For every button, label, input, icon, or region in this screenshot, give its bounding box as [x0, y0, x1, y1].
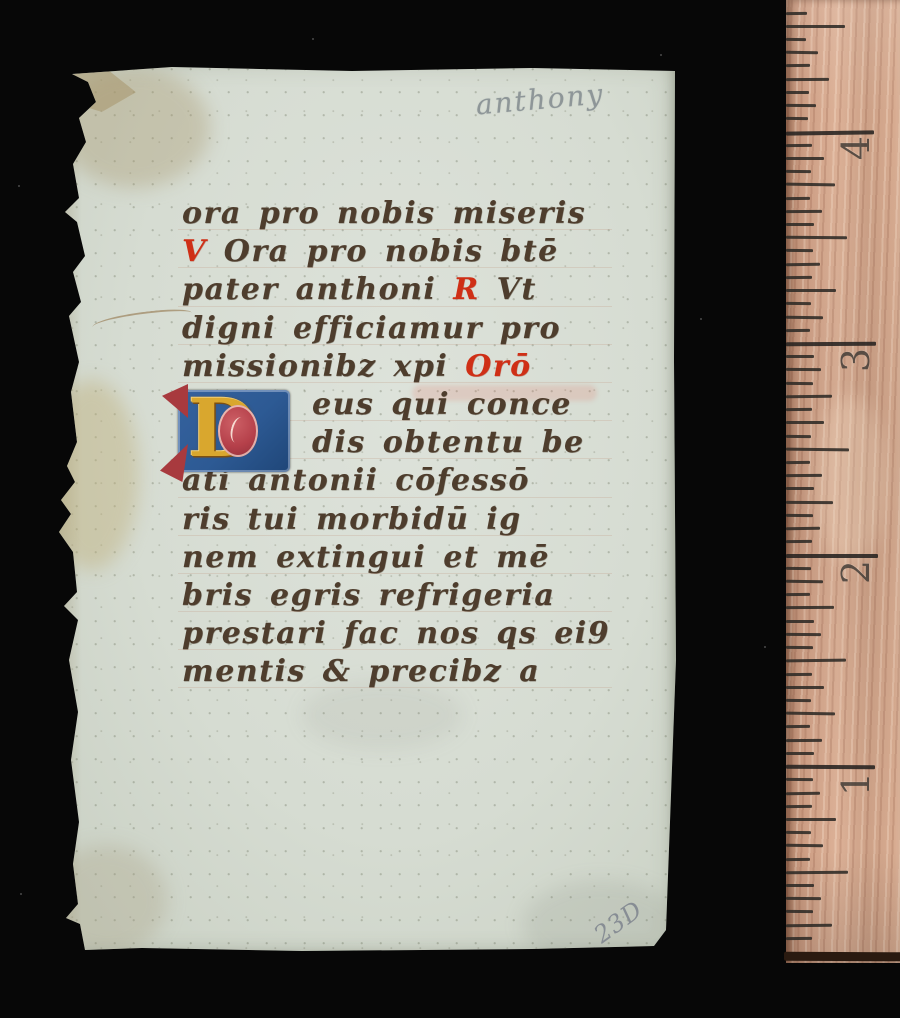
manuscript-segment: bris egris refrigeria	[182, 578, 555, 613]
manuscript-segment: Vt	[480, 272, 537, 307]
ruler-tick	[786, 144, 812, 147]
ruler-tick	[786, 395, 832, 399]
ruler-tick	[786, 712, 835, 716]
ruler-tick	[786, 527, 820, 530]
ruler-number: 1	[836, 762, 876, 806]
ruler-tick	[786, 699, 811, 702]
manuscript-segment: R	[453, 272, 479, 307]
manuscript-line: V Ora pro nobis btē	[182, 234, 622, 272]
margin-flourish	[91, 307, 192, 333]
ruler-number: 2	[836, 550, 876, 594]
ruler-tick	[786, 540, 812, 543]
ruler-tick	[786, 646, 813, 649]
ruler-tick	[786, 104, 816, 107]
manuscript-segment: V	[182, 234, 207, 269]
ruler-tick	[786, 368, 821, 371]
ruler-tick	[786, 447, 849, 451]
dust-speck	[660, 54, 662, 56]
ruler-tick	[786, 633, 821, 636]
ruler-tick	[786, 620, 814, 623]
ruler-tick	[786, 236, 847, 239]
ruler-tick	[786, 910, 813, 913]
ruler-tick	[786, 381, 813, 384]
ruler-tick	[786, 38, 806, 41]
ruler-tick	[786, 937, 812, 940]
ruler-tick	[786, 725, 810, 728]
ruler-tick	[786, 64, 810, 67]
manuscript-segment: pater anthoni	[182, 272, 453, 307]
manuscript-line: mentis & precibz a	[182, 654, 622, 692]
ruler-tick	[786, 844, 823, 848]
ruler-tick	[786, 884, 814, 887]
ruler-tick	[786, 923, 832, 927]
manuscript-segment: Ora pro nobis btē	[207, 234, 559, 269]
ruler-tick	[786, 818, 836, 821]
ruler-tick	[786, 593, 810, 596]
manuscript-segment: mentis & precibz a	[182, 654, 540, 689]
manuscript-line: ora pro nobis miseris	[182, 196, 622, 234]
dust-speck	[700, 318, 702, 320]
ruler-tick	[786, 91, 809, 94]
ruler-tick	[786, 210, 822, 213]
manuscript-line: ris tui morbidū ig	[182, 502, 622, 540]
ruler-tick	[786, 567, 811, 570]
manuscript-segment: nem extingui et mē	[182, 540, 550, 575]
ruler-tick	[786, 738, 822, 741]
dust-speck	[312, 38, 314, 40]
ruler-tick	[786, 514, 813, 517]
dust-speck	[20, 893, 22, 895]
ruler-tick	[786, 315, 823, 319]
manuscript-segment: digni efficiamur pro	[182, 311, 561, 346]
stain	[44, 380, 139, 570]
pencil-inscription-anthony-text: anthony	[474, 77, 605, 121]
ruler-tick	[786, 249, 813, 252]
ruler-tick	[786, 77, 829, 80]
ruler-tick	[786, 805, 812, 808]
ruler-tick	[786, 289, 836, 292]
initial-counter	[218, 405, 258, 457]
ruler-tick	[786, 11, 807, 14]
ruler-tick	[786, 461, 810, 464]
ruler-tick	[786, 276, 812, 279]
manuscript-segment: Orō	[465, 349, 531, 384]
ruler-tick	[786, 606, 834, 609]
stain	[47, 845, 167, 955]
ruler-tick	[786, 51, 818, 54]
ruler-number: 4	[836, 126, 876, 170]
manuscript-segment: ris tui morbidū ig	[182, 502, 522, 537]
manuscript-line: prestari fac nos qs ei9	[182, 616, 622, 654]
manuscript-segment: dis obtentu be	[312, 425, 585, 460]
manuscript-line: digni efficiamur pro	[182, 311, 622, 349]
manuscript-line: pater anthoni R Vt	[182, 272, 622, 310]
manuscript-line: bris egris refrigeria	[182, 578, 622, 616]
ruler-tick	[786, 421, 824, 424]
ruler-tick	[786, 487, 814, 490]
ruler-tick	[786, 831, 811, 834]
ruler-tick	[786, 117, 808, 120]
ruler-tick	[786, 196, 810, 199]
ruler-tick	[786, 752, 814, 755]
manuscript-segment: ora pro nobis miseris	[182, 196, 586, 231]
ruler-tick	[786, 329, 810, 332]
ruler-tick	[786, 778, 813, 781]
pencil-inscription-anthony: anthony	[475, 79, 657, 139]
dust-speck	[764, 646, 766, 648]
ruler-tick	[786, 262, 820, 265]
ruler-tick	[786, 500, 833, 503]
ruler-tick	[786, 170, 811, 173]
manuscript-leaf: anthony ora pro nobis miserisV Ora pro n…	[52, 60, 677, 958]
ruler-number: 3	[836, 338, 876, 382]
ruler-tick	[786, 223, 814, 226]
ruler-tick	[786, 580, 823, 584]
ruler-tick	[786, 408, 812, 411]
ruler-tick	[786, 686, 824, 689]
ruler-tick	[786, 791, 820, 794]
manuscript-segment: prestari fac nos qs ei9	[182, 616, 610, 651]
dust-speck	[18, 185, 20, 187]
stain	[60, 68, 210, 188]
ruler-tick	[786, 355, 814, 358]
ruler-tick	[786, 897, 821, 900]
ruler-tick	[786, 857, 810, 860]
ruler-tick	[786, 474, 822, 477]
initial-filigree-curl	[228, 416, 249, 445]
ruler-tick	[786, 434, 811, 437]
illuminated-initial: D	[178, 390, 290, 472]
ruler-tick	[786, 302, 811, 305]
ruler-end-cap	[784, 952, 900, 962]
ruler-tick	[786, 157, 824, 160]
manuscript-segment: eus qui conce	[312, 387, 572, 422]
ruler-tick	[786, 672, 812, 675]
ruler-tick	[786, 659, 846, 663]
manuscript-segment: missionibz xpi	[182, 349, 465, 384]
ruler-tick	[786, 183, 835, 187]
wood-knot-highlight	[814, 395, 886, 565]
photo-stage: anthony ora pro nobis miserisV Ora pro n…	[0, 0, 900, 1018]
manuscript-line: nem extingui et mē	[182, 540, 622, 578]
ruler: 4321	[786, 0, 900, 963]
ruler-tick	[786, 25, 845, 28]
ruler-tick	[786, 871, 848, 874]
